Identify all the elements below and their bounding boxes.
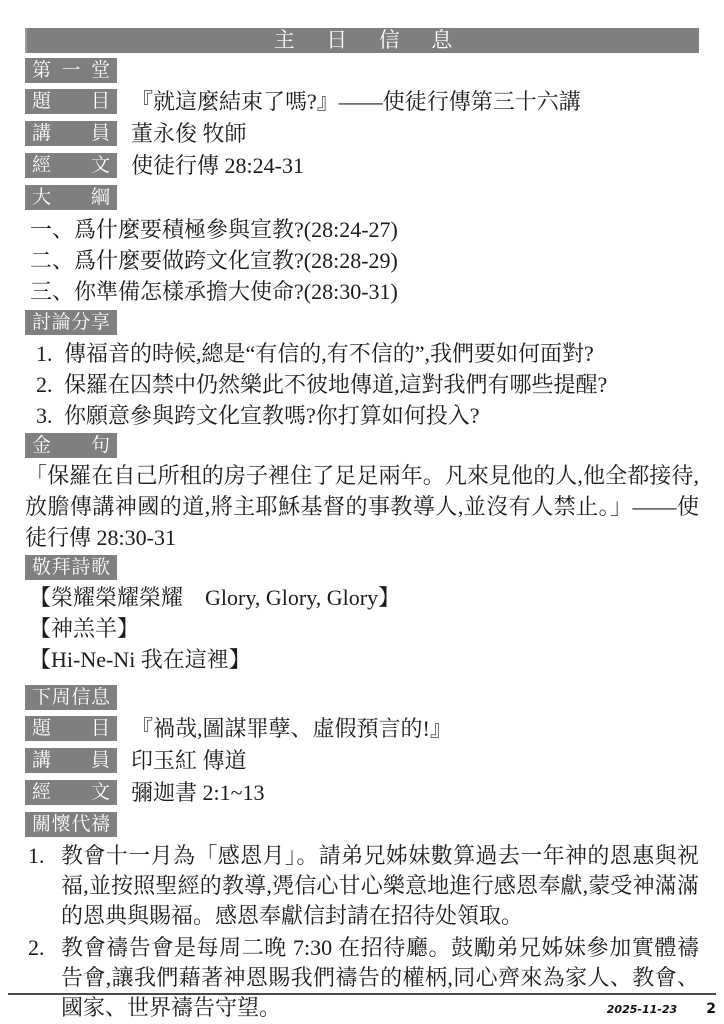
next-week-speaker-row: 講員 印玉紅 傳道	[25, 748, 699, 773]
discussion-item: 2. 保羅在囚禁中仍然樂此不彼地傳道,這對我們有哪些提醒?	[25, 369, 699, 400]
scripture-label: 經文	[25, 780, 117, 805]
speaker-value: 董永俊 牧師	[131, 121, 247, 146]
topic-row: 題目 『就這麼結束了嗎?』——使徒行傳第三十六講	[25, 89, 699, 114]
outline-item: 三、你準備怎樣承擔大使命?(28:30-31)	[30, 276, 699, 307]
speaker-row: 講員 董永俊 牧師	[25, 121, 699, 146]
discussion-item: 1. 傳福音的時候,總是“有信的,有不信的”,我們要如何面對?	[25, 338, 699, 369]
page-title: 主日信息	[25, 28, 699, 53]
topic-label: 題目	[25, 716, 117, 741]
song-item: 【Hi-Ne-Ni 我在這裡】	[29, 644, 699, 675]
section-label-next-week: 下周信息	[25, 685, 117, 710]
bulletin-page: 主日信息 第一堂 題目 『就這麼結束了嗎?』——使徒行傳第三十六講 講員 董永俊…	[0, 0, 724, 1024]
speaker-value: 印玉紅 傳道	[131, 748, 247, 773]
footer: 2025-11-23 2	[8, 993, 716, 1017]
item-text: 傳福音的時候,總是“有信的,有不信的”,我們要如何面對?	[64, 338, 594, 369]
item-number: 1.	[36, 338, 64, 369]
golden-verse-text: 「保羅在自己所租的房子裡住了足足兩年。凡來見他的人,他全都接待,放膽傳講神國的道…	[25, 460, 699, 553]
song-list: 【榮耀榮耀榮耀 Glory, Glory, Glory】 【神羔羊】 【Hi-N…	[25, 582, 699, 675]
item-text: 你願意參與跨文化宣教嗎?你打算如何投入?	[64, 400, 480, 431]
topic-value: 『就這麼結束了嗎?』——使徒行傳第三十六講	[131, 89, 581, 114]
scripture-row: 經文 使徒行傳 28:24-31	[25, 153, 699, 178]
scripture-value: 使徒行傳 28:24-31	[131, 153, 304, 178]
topic-value: 『禍哉,圖謀罪孽、虛假預言的!』	[131, 716, 452, 741]
outline-item: 一、爲什麼要積極參與宣教?(28:24-27)	[30, 214, 699, 245]
section-label-care-prayer: 關懷代禱	[25, 812, 117, 837]
speaker-label: 講員	[25, 748, 117, 773]
next-week-scripture-row: 經文 彌迦書 2:1~13	[25, 780, 699, 805]
next-week-topic-row: 題目 『禍哉,圖謀罪孽、虛假預言的!』	[25, 716, 699, 741]
outline-list: 一、爲什麼要積極參與宣教?(28:24-27) 二、爲什麼要做跨文化宣教?(28…	[25, 214, 699, 307]
section-label-worship-songs: 敬拜詩歌	[25, 555, 117, 580]
section-label-outline: 大綱	[25, 185, 117, 210]
speaker-label: 講員	[25, 121, 117, 146]
item-number: 3.	[36, 400, 64, 431]
page-number: 2	[706, 1001, 716, 1017]
song-item: 【神羔羊】	[29, 613, 699, 644]
scripture-label: 經文	[25, 153, 117, 178]
item-number: 2.	[36, 369, 64, 400]
section-label-first-service: 第一堂	[25, 58, 117, 83]
outline-item: 二、爲什麼要做跨文化宣教?(28:28-29)	[30, 245, 699, 276]
item-number: 1.	[28, 841, 61, 931]
care-prayer-item: 1. 教會十一月為「感恩月」。請弟兄姊妹數算過去一年神的恩惠與祝福,並按照聖經的…	[25, 841, 699, 931]
section-label-golden-verse: 金句	[25, 433, 117, 458]
discussion-list: 1. 傳福音的時候,總是“有信的,有不信的”,我們要如何面對? 2. 保羅在囚禁…	[25, 338, 699, 431]
discussion-item: 3. 你願意參與跨文化宣教嗎?你打算如何投入?	[25, 400, 699, 431]
item-text: 教會十一月為「感恩月」。請弟兄姊妹數算過去一年神的恩惠與祝福,並按照聖經的教導,…	[61, 841, 699, 931]
topic-label: 題目	[25, 89, 117, 114]
item-text: 保羅在囚禁中仍然樂此不彼地傳道,這對我們有哪些提醒?	[64, 369, 607, 400]
song-item: 【榮耀榮耀榮耀 Glory, Glory, Glory】	[29, 582, 699, 613]
page-content: 主日信息 第一堂 題目 『就這麼結束了嗎?』——使徒行傳第三十六講 講員 董永俊…	[0, 0, 724, 1023]
section-label-discussion: 討論分享	[25, 310, 117, 335]
footer-date: 2025-11-23	[607, 1003, 677, 1016]
scripture-value: 彌迦書 2:1~13	[131, 780, 265, 805]
